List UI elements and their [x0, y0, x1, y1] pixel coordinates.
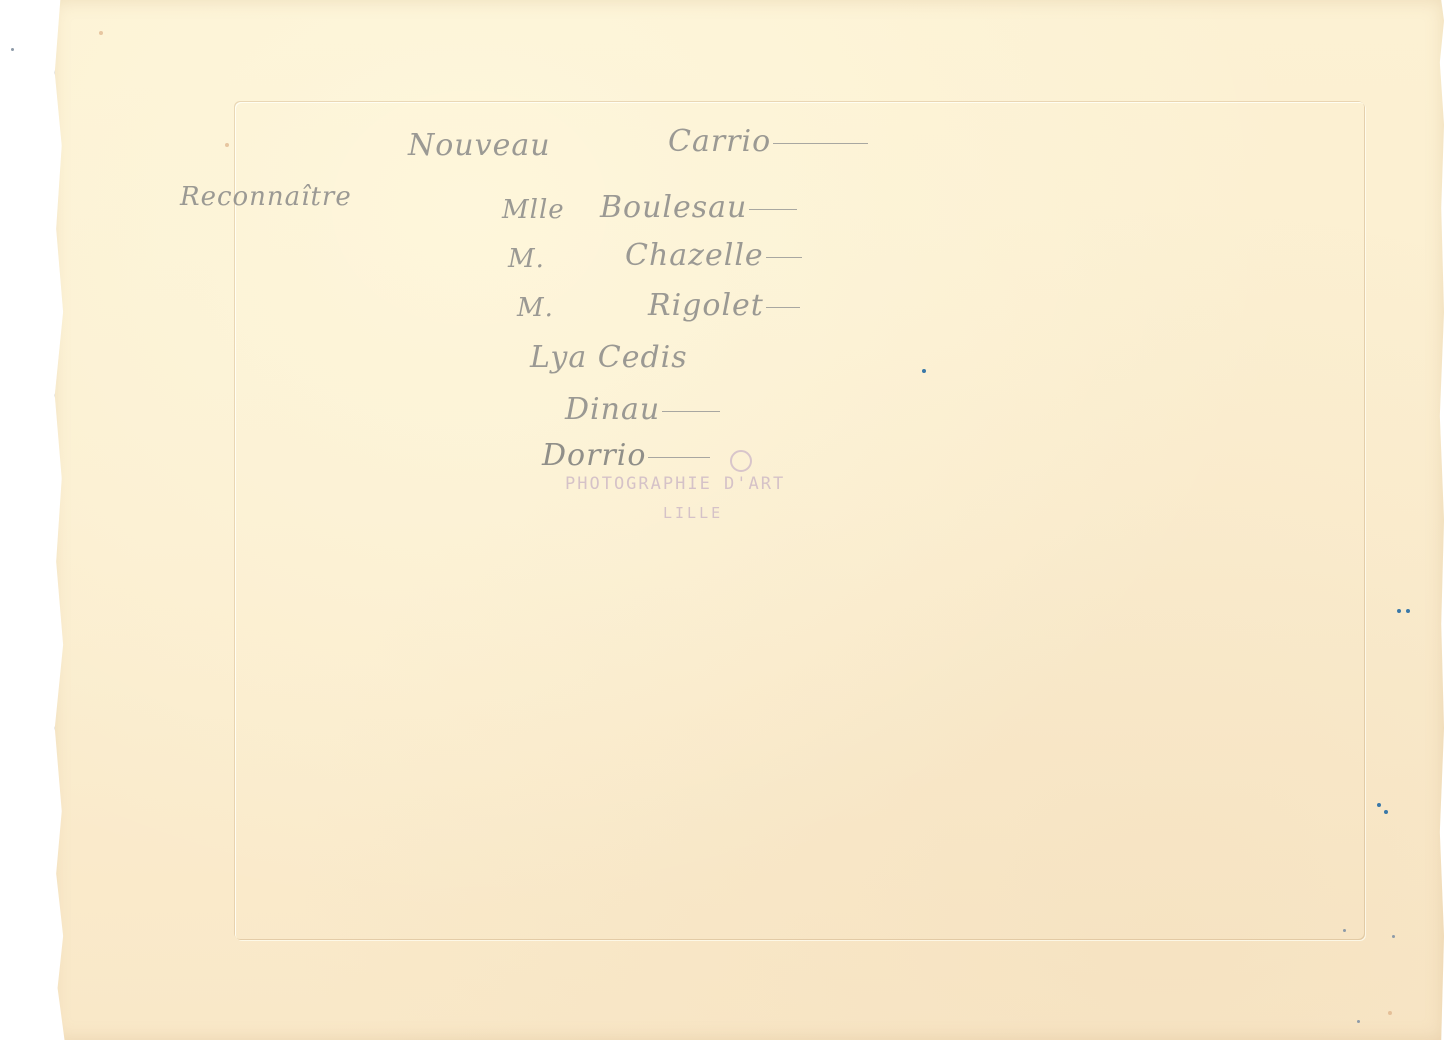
ink-fleck: [1377, 803, 1381, 807]
handwritten-name-5: Dinau: [565, 392, 720, 427]
handwritten-name-3: Rigolet: [648, 288, 800, 323]
handwritten-header-right: Carrio: [668, 124, 868, 159]
pencil-stroke: [766, 257, 802, 258]
name-2-text: Chazelle: [625, 238, 764, 273]
stamp-circle-mark: [730, 450, 752, 472]
pencil-stroke: [662, 411, 720, 412]
handwritten-title-2: M.: [508, 244, 545, 274]
ink-fleck: [1357, 1020, 1360, 1023]
handwritten-title-1: Mlle: [502, 195, 565, 225]
name-3-text: Rigolet: [648, 288, 764, 323]
handwritten-name-1: Boulesau: [600, 190, 797, 225]
handwritten-name-4: Lya Cedis: [530, 340, 688, 375]
pencil-stroke: [773, 143, 868, 144]
scanned-card: Nouveau Carrio Reconnaître Mlle Boulesau…: [0, 0, 1445, 1041]
ink-fleck: [1343, 929, 1346, 932]
name-1-text: Boulesau: [600, 190, 747, 225]
header-right-text: Carrio: [668, 124, 771, 159]
pencil-stroke: [749, 209, 797, 210]
ink-fleck: [1406, 609, 1410, 613]
foxing-spot: [225, 143, 229, 147]
ink-fleck: [1397, 609, 1401, 613]
name-5-text: Dinau: [565, 392, 660, 427]
ink-fleck: [1392, 935, 1395, 938]
foxing-spot: [99, 31, 103, 35]
photographer-stamp: PHOTOGRAPHIE D'ART LILLE: [555, 444, 825, 544]
scanner-speck: [11, 48, 14, 51]
stamp-line-studio: PHOTOGRAPHIE D'ART: [565, 474, 785, 494]
stamp-line-city: LILLE: [663, 504, 723, 522]
handwritten-header-left: Nouveau: [408, 128, 551, 163]
handwritten-name-2: Chazelle: [625, 238, 802, 273]
ink-fleck: [1384, 810, 1388, 814]
pencil-stroke: [766, 307, 800, 308]
foxing-spot: [1388, 1011, 1392, 1015]
handwritten-title-3: M.: [517, 293, 554, 323]
ink-fleck: [922, 369, 926, 373]
handwritten-margin-label: Reconnaître: [180, 182, 352, 212]
